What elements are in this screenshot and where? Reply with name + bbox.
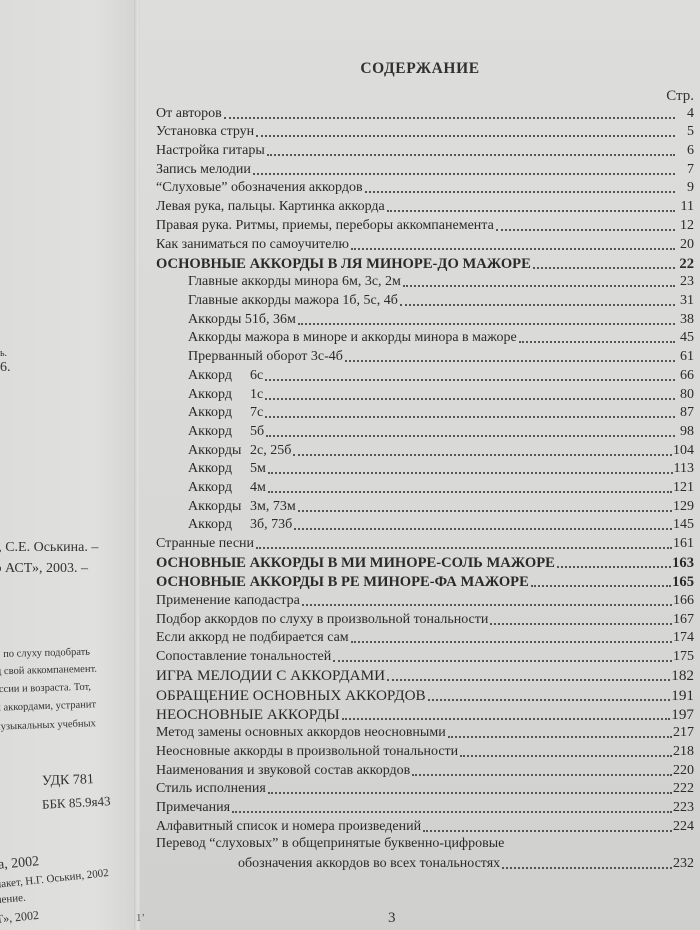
toc-entry-title: Алфавитный список и номера произведений (156, 819, 421, 834)
toc-entry: НЕОСНОВНЫЕ АККОРДЫ197 (156, 704, 694, 723)
toc-entry-title: Неосновные аккорды в произвольной тональ… (156, 744, 458, 759)
toc-entry: ОСНОВНЫЕ АККОРДЫ В РЕ МИНОРЕ-ФА МАЖОРЕ16… (156, 571, 694, 590)
left-page: ь. 6. с, С.Е. Оськина. – во АСТ», 2003. … (0, 0, 136, 930)
toc-entry: Алфавитный список и номера произведений2… (156, 816, 694, 835)
toc-entry-title: ИГРА МЕЛОДИИ С АККОРДАМИ (156, 667, 385, 684)
dot-leader (342, 708, 671, 720)
dot-leader (387, 200, 675, 212)
toc-entry: Примечания223 (156, 797, 694, 816)
toc-entry-page: 61 (676, 349, 694, 365)
toc-entry-page: 121 (673, 480, 694, 496)
dot-leader (496, 219, 675, 231)
left-page-text: ление. (0, 892, 26, 907)
dot-leader (268, 782, 672, 794)
toc-entry-page: 220 (673, 763, 694, 779)
toc-entry: Если аккорд не подбирается сам174 (156, 628, 694, 647)
dot-leader (224, 107, 675, 119)
margin-mark: 1ʼ (136, 912, 145, 924)
toc-entry-page: 38 (676, 312, 694, 328)
toc-entry-title: Главные аккорды минора 6м, 3с, 2м (188, 274, 401, 289)
toc-entry-title: 1с (250, 387, 263, 402)
toc-entry-title: “Слуховые” обозначения аккордов (156, 180, 363, 195)
toc-entry: Сопоставление тональностей175 (156, 646, 694, 665)
left-page-text: а, 2002 (0, 854, 40, 874)
contents-page: СОДЕРЖАНИЕ Стр. От авторов4Установка стр… (140, 0, 700, 930)
toc-entry-title: Если аккорд не подбирается сам (156, 630, 349, 645)
dot-leader (345, 350, 675, 362)
toc-entry-title: Применение каподастра (156, 593, 300, 608)
toc-entry-page: 6 (676, 143, 694, 159)
toc-entry: Применение каподастра166 (156, 590, 694, 609)
toc-entry: Как заниматься по самоучителю20 (156, 234, 694, 253)
toc-entry: Запись мелодии7 (156, 159, 694, 178)
toc-entry: Аккорды3м, 73м129 (156, 496, 694, 515)
toc-entry: Метод замены основных аккордов неосновны… (156, 723, 694, 742)
toc-entry: Левая рука, пальцы. Картинка аккорда11 (156, 196, 694, 215)
toc-entry-title: ОСНОВНЫЕ АККОРДЫ В МИ МИНОРЕ-СОЛЬ МАЖОРЕ (156, 555, 555, 571)
toc-entry-title: Правая рука. Ритмы, приемы, переборы акк… (156, 218, 494, 233)
toc-entry: Наименования и звуковой состав аккордов2… (156, 760, 694, 779)
toc-entry-title: Сопоставление тональностей (156, 649, 331, 664)
toc-entry: Аккорд4м121 (156, 477, 694, 496)
toc-entry: Аккорд6с66 (156, 365, 694, 384)
toc-entry-kind: Аккорды (188, 499, 250, 515)
toc-entry: ОСНОВНЫЕ АККОРДЫ В ЛЯ МИНОРЕ-ДО МАЖОРЕ22 (156, 253, 694, 272)
page-number: 3 (388, 910, 396, 927)
toc-entry-title: Подбор аккордов по слуху в произвольной … (156, 612, 488, 627)
dot-leader (351, 631, 672, 643)
toc-entry-page: 224 (673, 819, 694, 835)
toc-entry: Аккорд5б98 (156, 421, 694, 440)
dot-leader (460, 745, 672, 757)
toc-entry-title: От авторов (156, 106, 222, 121)
toc-entry-page: 174 (673, 630, 694, 646)
toc-entry-page: 218 (673, 744, 694, 760)
dot-leader (267, 144, 675, 156)
left-page-text: д свой аккомпанемент. (0, 664, 97, 678)
toc-entry: Аккорды мажора в миноре и аккорды минора… (156, 328, 694, 347)
dot-leader (557, 556, 671, 568)
toc-entry-page: 113 (674, 461, 694, 477)
toc-entry-page: 22 (676, 256, 694, 272)
toc-entry: Аккорды 51б, 36м38 (156, 309, 694, 328)
toc-entry-title: Запись мелодии (156, 162, 251, 177)
toc-entry-page: 145 (673, 517, 694, 533)
toc-entry-kind: Аккорд (188, 480, 250, 496)
toc-entry-title: Метод замены основных аккордов неосновны… (156, 725, 446, 740)
toc-entry-kind: Аккорд (188, 517, 250, 533)
toc-entry-page: 191 (671, 688, 694, 704)
toc-entry: От авторов4 (156, 103, 694, 122)
toc-entry-page: 23 (676, 274, 694, 290)
dot-leader (266, 425, 675, 437)
toc-entry-page: 20 (676, 237, 694, 253)
toc-entry-title: Как заниматься по самоучителю (156, 237, 349, 252)
dot-leader (333, 650, 672, 662)
dot-leader (519, 331, 675, 343)
toc-entry-title: Прерванный оборот 3с-4б (188, 349, 343, 364)
toc-entry-page: 175 (673, 649, 694, 665)
toc-entry-title: 5б (250, 424, 264, 439)
left-page-text: Т», 2002 (0, 908, 40, 927)
left-page-text: 6. (0, 360, 11, 376)
bbk-code: ББК 85.9я43 (42, 793, 111, 813)
dot-leader (400, 294, 675, 306)
toc-entry-kind: Аккорд (188, 461, 250, 477)
toc-entry-title: ОБРАЩЕНИЕ ОСНОВНЫХ АККОРДОВ (156, 687, 426, 704)
toc-entry-title-cont: обозначения аккордов во всех тональностя… (238, 856, 500, 872)
dot-leader (268, 481, 672, 493)
toc-entry-page: 12 (676, 218, 694, 234)
toc-entry-title: 7с (250, 405, 263, 420)
toc-entry-page: 163 (672, 555, 694, 571)
toc-entry: Неосновные аккорды в произвольной тональ… (156, 741, 694, 760)
dot-leader (412, 764, 672, 776)
toc-entry-page: 31 (676, 293, 694, 309)
toc-entry-page: 223 (673, 800, 694, 816)
dot-leader (256, 125, 675, 137)
toc-entry-page: 167 (673, 612, 694, 628)
toc-entry-title: 3б, 73б (250, 517, 292, 532)
dot-leader (351, 238, 675, 250)
dot-leader (302, 594, 672, 606)
toc-entry-page: 165 (672, 574, 694, 590)
toc-entry: ОБРАЩЕНИЕ ОСНОВНЫХ АККОРДОВ191 (156, 684, 694, 703)
dot-leader (423, 820, 672, 832)
toc-entry-page: 129 (673, 499, 694, 515)
dot-leader (265, 369, 675, 381)
toc-entry-page: 66 (676, 368, 694, 384)
toc-entry-title: 4м (250, 480, 266, 495)
toc-entry: Настройка гитары6 (156, 140, 694, 159)
toc-entry-kind: Аккорды (188, 443, 250, 459)
toc-entry-page: 5 (676, 124, 694, 140)
dot-leader (448, 726, 672, 738)
udk-code: УДК 781 (42, 772, 94, 790)
toc-entry-title: Наименования и звуковой состав аккордов (156, 763, 410, 778)
dot-leader (387, 669, 670, 681)
toc-entry-kind: Аккорд (188, 405, 250, 421)
toc-entry-page: 104 (673, 443, 694, 459)
dot-leader (265, 388, 675, 400)
toc-entry-page: 182 (671, 668, 694, 684)
toc-entry-title: ОСНОВНЫЕ АККОРДЫ В РЕ МИНОРЕ-ФА МАЖОРЕ (156, 574, 529, 590)
toc-entry: Правая рука. Ритмы, приемы, переборы акк… (156, 215, 694, 234)
toc-entry-title: Стиль исполнения (156, 781, 266, 796)
left-page-text: ь. (0, 348, 7, 359)
toc-entry: ИГРА МЕЛОДИИ С АККОРДАМИ182 (156, 665, 694, 684)
dot-leader (265, 406, 675, 418)
toc-entry-page: 98 (676, 424, 694, 440)
toc-entry-page: 7 (676, 162, 694, 178)
toc-entry-page: 9 (676, 180, 694, 196)
toc-entry: Аккорд5м113 (156, 459, 694, 478)
toc-entry-title: 5м (250, 461, 266, 476)
toc-entry: Главные аккорды мажора 1б, 5с, 4б31 (156, 290, 694, 309)
dot-leader (403, 275, 675, 287)
dot-leader (490, 613, 672, 625)
toc-entry-title: 2с, 25б (250, 443, 291, 458)
dot-leader (533, 257, 675, 269)
toc-entry-page: 80 (676, 387, 694, 403)
toc-entry-title: Перевод “слуховых” в общепринятые буквен… (156, 835, 694, 854)
dot-leader (232, 801, 672, 813)
toc-entry: Странные песни161 (156, 533, 694, 552)
left-page-text: ре, по слуху подобрать (0, 647, 90, 661)
toc-entry-title: Настройка гитары (156, 143, 265, 158)
toc-entry-page: 197 (671, 707, 694, 723)
dot-leader (293, 444, 672, 456)
left-page-text: я аккордами, устранит (0, 699, 96, 713)
toc-entry-title: 6с (250, 368, 263, 383)
page-title: СОДЕРЖАНИЕ (140, 60, 700, 78)
toc-entry: Аккорд7с87 (156, 403, 694, 422)
dot-leader (365, 181, 675, 193)
toc-entry-page: 217 (673, 725, 694, 741)
left-page-text: с, С.Е. Оськина. – (0, 540, 98, 556)
dot-leader (268, 462, 673, 474)
toc-entry: Аккорд3б, 73б145 (156, 515, 694, 534)
toc-entry: Прерванный оборот 3с-4б61 (156, 346, 694, 365)
toc-entry-title: Установка струн (156, 124, 254, 139)
toc-entry: Аккорды2с, 25б104 (156, 440, 694, 459)
dot-leader (531, 575, 671, 587)
toc-entry-page: 232 (673, 856, 694, 872)
toc-entry-page: 166 (673, 593, 694, 609)
toc-entry-title: НЕОСНОВНЫЕ АККОРДЫ (156, 706, 340, 723)
toc-entry-title: 3м, 73м (250, 499, 296, 514)
toc-entry-title: Странные песни (156, 536, 254, 551)
toc-entry: Аккорд1с80 (156, 384, 694, 403)
toc-entry: Стиль исполнения222 (156, 779, 694, 798)
dot-leader (298, 500, 672, 512)
dot-leader (253, 163, 675, 175)
left-page-text: во АСТ», 2003. – (0, 561, 88, 577)
dot-leader (502, 857, 672, 869)
toc-entry-kind: Аккорд (188, 387, 250, 403)
left-page-text: ессии и возраста. Тот, (0, 682, 91, 696)
toc-entry-page: 45 (676, 330, 694, 346)
toc-entry-kind: Аккорд (188, 368, 250, 384)
toc-entry-title: Аккорды мажора в миноре и аккорды минора… (188, 330, 517, 345)
toc-entry-title: Примечания (156, 800, 230, 815)
toc-entry-page: 4 (676, 106, 694, 122)
toc-entry: Установка струн5 (156, 122, 694, 141)
dot-leader (294, 518, 672, 530)
toc-entry-page: 11 (676, 199, 694, 215)
toc-entry: Перевод “слуховых” в общепринятые буквен… (156, 835, 694, 872)
toc-entry-title: ОСНОВНЫЕ АККОРДЫ В ЛЯ МИНОРЕ-ДО МАЖОРЕ (156, 256, 531, 272)
toc-entry: Подбор аккордов по слуху в произвольной … (156, 609, 694, 628)
toc-entry: ОСНОВНЫЕ АККОРДЫ В МИ МИНОРЕ-СОЛЬ МАЖОРЕ… (156, 552, 694, 571)
left-page-text: музыкальных учебных (0, 718, 96, 733)
toc-entry-page: 161 (673, 536, 694, 552)
dot-leader (298, 313, 675, 325)
dot-leader (256, 537, 672, 549)
toc-entry-page: 87 (676, 405, 694, 421)
toc-entry: “Слуховые” обозначения аккордов9 (156, 178, 694, 197)
toc-entry-title: Аккорды 51б, 36м (188, 312, 296, 327)
toc-entry-page: 222 (673, 781, 694, 797)
toc-entry: Главные аккорды минора 6м, 3с, 2м23 (156, 272, 694, 291)
dot-leader (428, 689, 671, 701)
toc-entry-kind: Аккорд (188, 424, 250, 440)
toc-entry-title: Главные аккорды мажора 1б, 5с, 4б (188, 293, 398, 308)
table-of-contents: От авторов4Установка струн5Настройка гит… (156, 103, 694, 872)
toc-entry-title: Левая рука, пальцы. Картинка аккорда (156, 199, 385, 214)
